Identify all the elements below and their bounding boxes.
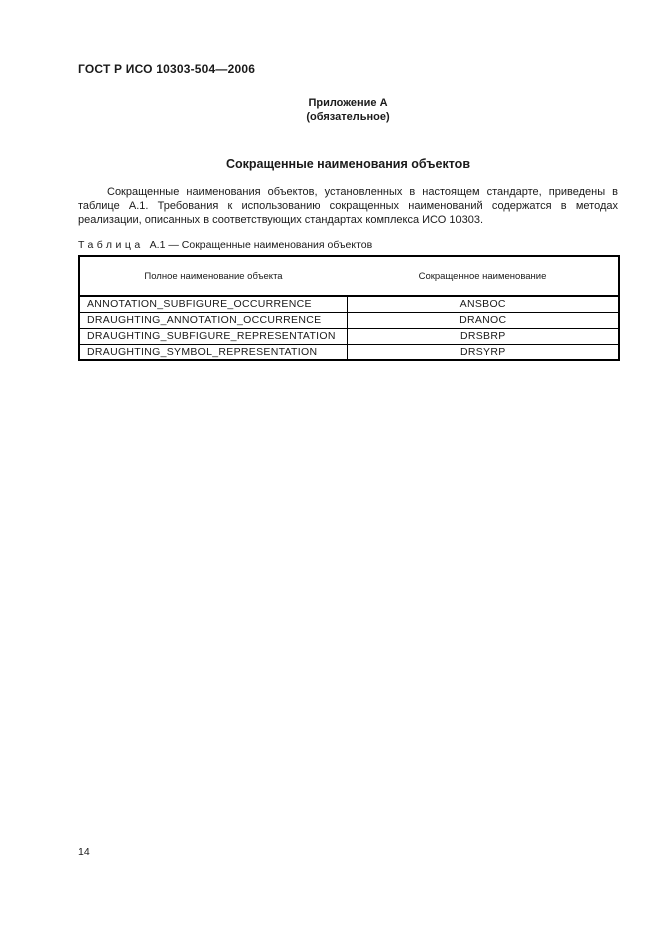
- cell-full-name: DRAUGHTING_SYMBOL_REPRESENTATION: [79, 344, 347, 360]
- document-code: ГОСТ Р ИСО 10303-504—2006: [78, 62, 618, 76]
- cell-abbreviation: DRSBRP: [347, 328, 619, 344]
- document-page: ГОСТ Р ИСО 10303-504—2006 Приложение А (…: [0, 0, 661, 936]
- cell-full-name: DRAUGHTING_ANNOTATION_OCCURRENCE: [79, 312, 347, 328]
- abbreviations-table: Полное наименование объекта Сокращенное …: [78, 255, 620, 361]
- section-heading: Сокращенные наименования объектов: [78, 157, 618, 171]
- cell-abbreviation: ANSBOC: [347, 296, 619, 312]
- table-caption-text: А.1 — Сокращенные наименования объектов: [150, 239, 373, 251]
- table-row: DRAUGHTING_SYMBOL_REPRESENTATION DRSYRP: [79, 344, 619, 360]
- page-content: ГОСТ Р ИСО 10303-504—2006 Приложение А (…: [78, 0, 618, 361]
- table-caption-word: Таблица: [78, 239, 144, 251]
- cell-full-name: DRAUGHTING_SUBFIGURE_REPRESENTATION: [79, 328, 347, 344]
- page-number: 14: [78, 846, 90, 858]
- cell-full-name: ANNOTATION_SUBFIGURE_OCCURRENCE: [79, 296, 347, 312]
- table-header-row: Полное наименование объекта Сокращенное …: [79, 256, 619, 296]
- annex-block: Приложение А (обязательное): [78, 97, 618, 124]
- table-row: DRAUGHTING_SUBFIGURE_REPRESENTATION DRSB…: [79, 328, 619, 344]
- annex-type: (обязательное): [78, 111, 618, 125]
- annex-label: Приложение А: [78, 97, 618, 111]
- body-paragraph: Сокращенные наименования объектов, устан…: [78, 185, 618, 227]
- table-caption: ТаблицаА.1 — Сокращенные наименования об…: [78, 239, 618, 251]
- cell-abbreviation: DRSYRP: [347, 344, 619, 360]
- table-row: ANNOTATION_SUBFIGURE_OCCURRENCE ANSBOC: [79, 296, 619, 312]
- table-row: DRAUGHTING_ANNOTATION_OCCURRENCE DRANOC: [79, 312, 619, 328]
- cell-abbreviation: DRANOC: [347, 312, 619, 328]
- column-header-full-name: Полное наименование объекта: [79, 256, 347, 296]
- column-header-abbreviation: Сокращенное наименование: [347, 256, 619, 296]
